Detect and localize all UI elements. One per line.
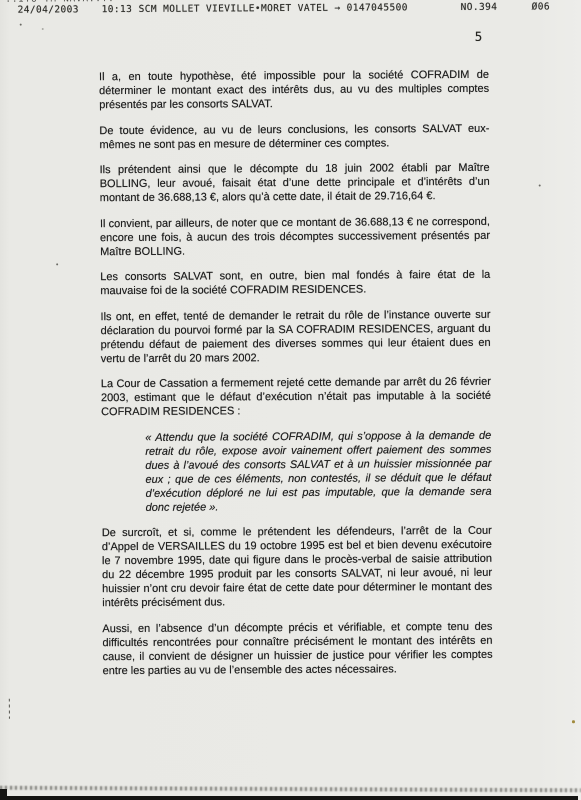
paragraph: Ils prétendent ainsi que le décompte du …: [100, 161, 490, 205]
paragraph: Il convient, par ailleurs, de noter que …: [100, 214, 490, 258]
scan-edge-dash: [9, 699, 10, 719]
document-body: Il a, en toute hypothèse, été impossible…: [99, 68, 493, 689]
fax-number: NO.394: [461, 2, 498, 13]
paragraph: Il a, en toute hypothèse, été impossible…: [99, 68, 489, 112]
noise-speck: [572, 720, 575, 723]
scanned-fax-page: ..ITU .M NAVA..T. 24/04/2003 10:13 SCM M…: [0, 0, 581, 800]
fax-page-code: Ø06: [532, 1, 550, 12]
paragraph: La Cour de Cassation a fermement rejeté …: [101, 375, 491, 419]
fax-sender-line: SCM MOLLET VIEVILLE•MORET VATEL → 014704…: [139, 2, 408, 15]
fax-time: 10:13: [102, 4, 133, 15]
fax-date: 24/04/2003: [18, 4, 79, 15]
noise-speck: [56, 263, 58, 265]
fax-header: 24/04/2003 10:13 SCM MOLLET VIEVILLE•MOR…: [0, 1, 579, 21]
paragraph: De surcroît, et si, comme le prétendent …: [102, 524, 493, 610]
scan-corner-mark: [0, 789, 7, 798]
scan-content: ..ITU .M NAVA..T. 24/04/2003 10:13 SCM M…: [0, 0, 581, 800]
paragraph: Aussi, en l’absence d’un décompte précis…: [102, 619, 492, 677]
noise-speck: [539, 184, 541, 186]
noise-speck: [20, 24, 22, 26]
paragraph: De toute évidence, au vu de leurs conclu…: [99, 121, 489, 151]
quote-paragraph: « Attendu que la société COFRADIM, qui s…: [145, 428, 492, 514]
scan-bottom-edge: [0, 796, 578, 800]
noise-speck: [42, 29, 44, 30]
paragraph: Ils ont, en effet, tenté de demander le …: [100, 307, 490, 365]
page-number: 5: [475, 29, 483, 44]
paragraph: Les consorts SALVAT sont, en outre, bien…: [100, 268, 490, 298]
